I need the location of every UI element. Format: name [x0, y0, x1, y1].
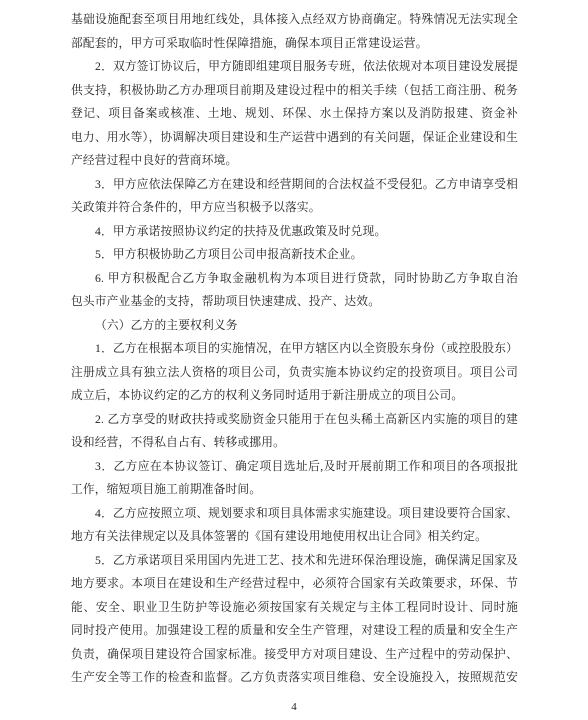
text-line: 基础设施配套至项目用地红线处，具体接入点经双方协商确定。特殊情况无法实现全 — [71, 8, 518, 32]
paragraph: 6. 甲方积极配合乙方争取金融机构为本项目进行贷款，同时协助乙方争取自治区、包头… — [71, 267, 518, 314]
paragraph: 2．双方签订协议后，甲方随即组建项目服务专班，依法依规对本项目建设发展提供支持，… — [71, 55, 518, 173]
paragraph: 基础设施配套至项目用地红线处，具体接入点经双方协商确定。特殊情况无法实现全部配套… — [71, 8, 518, 55]
text-line: 注册成立具有独立法人资格的项目公司，负责实施本协议约定的投资项目。项目公司 — [71, 361, 518, 385]
text-line: 2．双方签订协议后，甲方随即组建项目服务专班，依法依规对本项目建设发展提 — [71, 55, 518, 79]
text-line: 1．乙方在根据本项目的实施情况，在甲方辖区内以全资股东身份（或控股股东） — [71, 337, 518, 361]
text-line: 关政策并符合条件的，甲方应当积极予以落实。 — [71, 196, 518, 220]
text-line: 5．甲方积极协助乙方项目公司申报高新技术企业。 — [71, 243, 518, 267]
text-line: 5．乙方承诺项目采用国内先进工艺、技术和先进环保治理设施，确保满足国家及 — [71, 549, 518, 573]
paragraph: （六）乙方的主要权利义务 — [71, 314, 518, 338]
text-line: 生产安全等工作的检查和监督。乙方负责落实项目维稳、安全设施投入，按照规范安 — [71, 666, 518, 690]
text-line: 登记、项目备案或核准、土地、规划、环保、水土保持方案以及消防报建、资金补贴、 — [71, 102, 518, 126]
text-line: 3．甲方应依法保障乙方在建设和经营期间的合法权益不受侵犯。乙方申请享受相 — [71, 173, 518, 197]
text-line: 产经营过程中良好的营商环境。 — [71, 149, 518, 173]
paragraph: 4．乙方应按照立项、规划要求和项目具体需求实施建设。项目建设要符合国家、地方有关… — [71, 502, 518, 549]
paragraph: 5．乙方承诺项目采用国内先进工艺、技术和先进环保治理设施，确保满足国家及地方要求… — [71, 549, 518, 690]
text-line: 3．乙方应在本协议签订、确定项目选址后,及时开展前期工作和项目的各项报批 — [71, 455, 518, 479]
text-line: 2. 乙方享受的财政扶持或奖励资金只能用于在包头稀土高新区内实施的项目的建 — [71, 408, 518, 432]
paragraph: 3．甲方应依法保障乙方在建设和经营期间的合法权益不受侵犯。乙方申请享受相关政策并… — [71, 173, 518, 220]
document-page: 基础设施配套至项目用地红线处，具体接入点经双方协商确定。特殊情况无法实现全部配套… — [0, 0, 588, 720]
text-line: 地方要求。本项目在建设和生产经营过程中，必须符合国家有关政策要求，环保、节 — [71, 572, 518, 596]
page-number: 4 — [0, 700, 588, 714]
paragraph: 5．甲方积极协助乙方项目公司申报高新技术企业。 — [71, 243, 518, 267]
text-line: 6. 甲方积极配合乙方争取金融机构为本项目进行贷款，同时协助乙方争取自治区、 — [71, 267, 518, 291]
paragraph: 2. 乙方享受的财政扶持或奖励资金只能用于在包头稀土高新区内实施的项目的建设和经… — [71, 408, 518, 455]
text-line: 工作，缩短项目施工前期准备时间。 — [71, 478, 518, 502]
text-line: 电力、用水等），协调解决项目建设和生产运营中遇到的有关问题，保证企业建设和生 — [71, 126, 518, 150]
paragraph: 4．甲方承诺按照协议约定的扶持及优惠政策及时兑现。 — [71, 220, 518, 244]
text-line: 包头市产业基金的支持，帮助项目快速建成、投产、达效。 — [71, 290, 518, 314]
document-body: 基础设施配套至项目用地红线处，具体接入点经双方协商确定。特殊情况无法实现全部配套… — [71, 8, 518, 690]
text-line: 部配套的，甲方可采取临时性保障措施，确保本项目正常建设运营。 — [71, 32, 518, 56]
paragraph: 3．乙方应在本协议签订、确定项目选址后,及时开展前期工作和项目的各项报批工作，缩… — [71, 455, 518, 502]
text-line: 同时投产使用。加强建设工程的质量和安全生产管理，对建设工程的质量和安全生产 — [71, 619, 518, 643]
text-line: 4．乙方应按照立项、规划要求和项目具体需求实施建设。项目建设要符合国家、 — [71, 502, 518, 526]
text-line: 设和经营，不得私自占有、转移或挪用。 — [71, 431, 518, 455]
paragraph: 1．乙方在根据本项目的实施情况，在甲方辖区内以全资股东身份（或控股股东）注册成立… — [71, 337, 518, 408]
text-line: 成立后，本协议约定的乙方的权利义务同时适用于新注册成立的项目公司。 — [71, 384, 518, 408]
text-line: （六）乙方的主要权利义务 — [71, 314, 518, 338]
text-line: 4．甲方承诺按照协议约定的扶持及优惠政策及时兑现。 — [71, 220, 518, 244]
text-line: 地方有关法律规定以及具体签署的《国有建设用地使用权出让合同》相关约定。 — [71, 525, 518, 549]
text-line: 供支持，积极协助乙方办理项目前期及建设过程中的相关手续（包括工商注册、税务 — [71, 79, 518, 103]
text-line: 能、安全、职业卫生防护等设施必须按国家有关规定与主体工程同时设计、同时施工、 — [71, 596, 518, 620]
text-line: 负责，确保项目建设符合国家标准。接受甲方对项目建设、生产过程中的劳动保护、 — [71, 643, 518, 667]
